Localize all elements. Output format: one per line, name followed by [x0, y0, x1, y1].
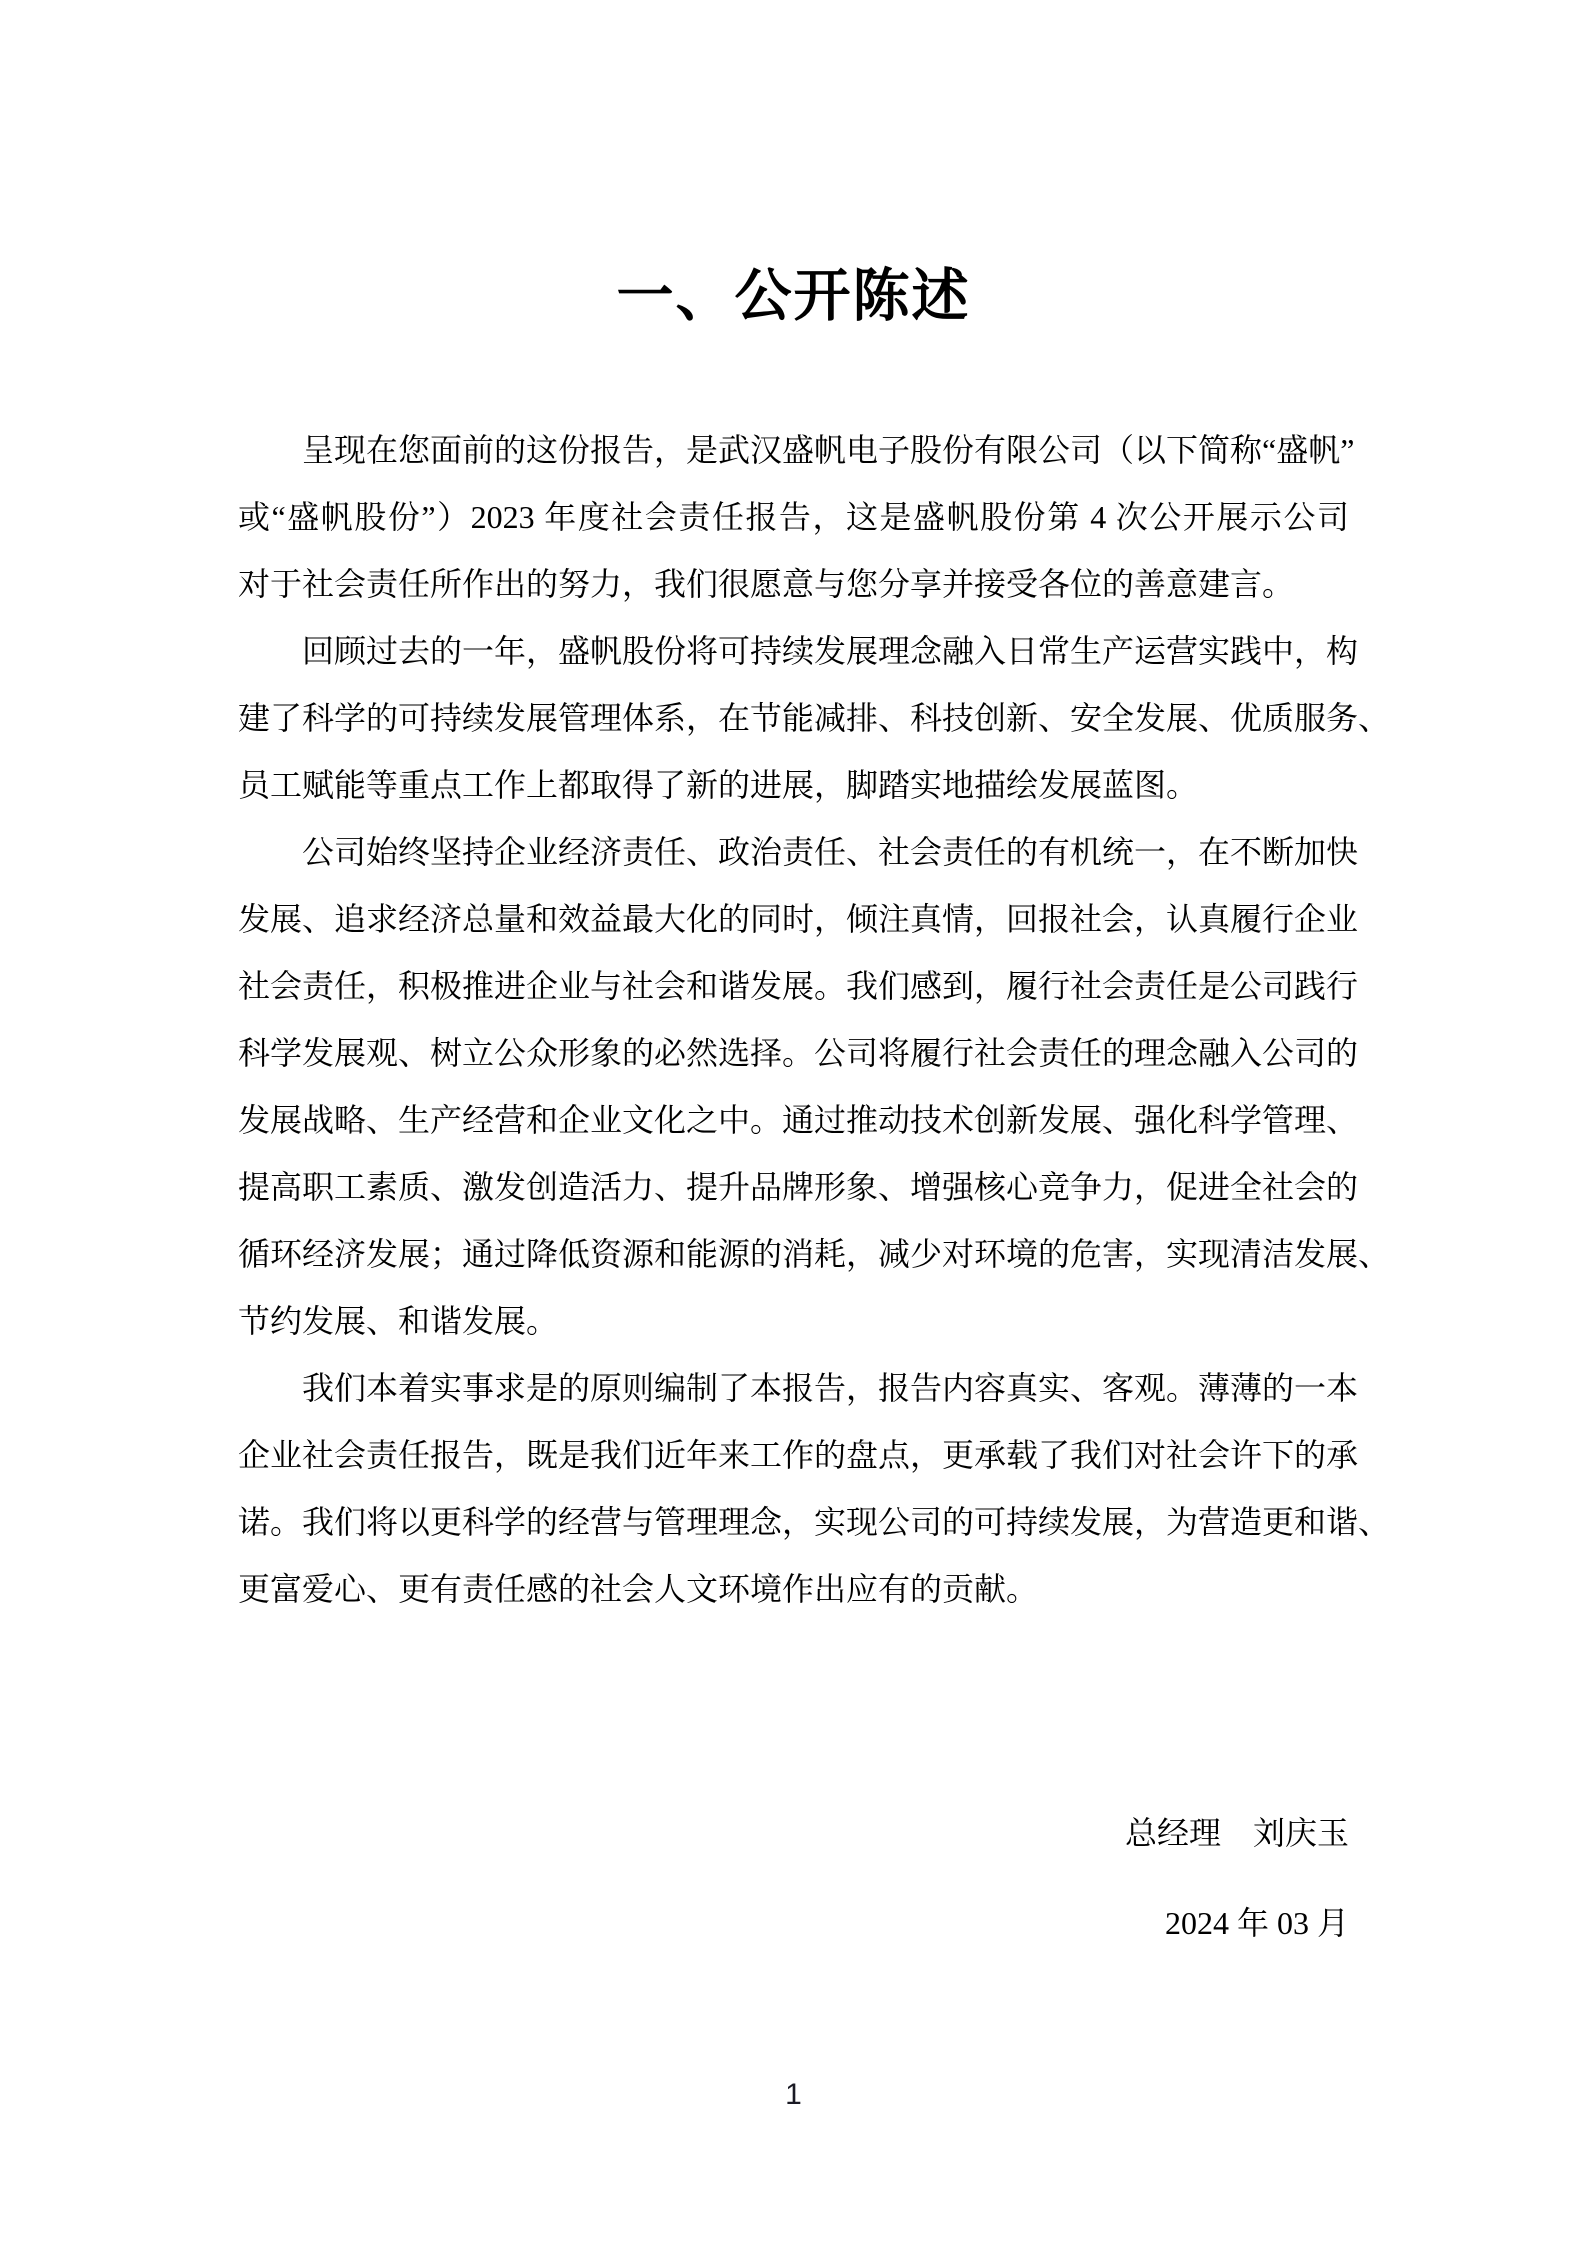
signature-role-name: 总经理 刘庆玉 — [238, 1800, 1349, 1867]
paragraph-line: 呈现在您面前的这份报告，是武汉盛帆电子股份有限公司（以下简称“盛帆” — [238, 417, 1349, 484]
paragraph-3: 公司始终坚持企业经济责任、政治责任、社会责任的有机统一，在不断加快 发展、追求经… — [238, 819, 1349, 1355]
paragraph-line: 发展战略、生产经营和企业文化之中。通过推动技术创新发展、强化科学管理、 — [238, 1087, 1349, 1154]
paragraph-line: 循环经济发展；通过降低资源和能源的消耗，减少对环境的危害，实现清洁发展、 — [238, 1221, 1349, 1288]
page-number: 1 — [0, 2078, 1587, 2112]
paragraph-line: 节约发展、和谐发展。 — [238, 1288, 1349, 1355]
page-title: 一、公开陈述 — [0, 0, 1587, 332]
paragraph-4: 我们本着实事求是的原则编制了本报告，报告内容真实、客观。薄薄的一本 企业社会责任… — [238, 1355, 1349, 1623]
paragraph-line: 社会责任，积极推进企业与社会和谐发展。我们感到，履行社会责任是公司践行 — [238, 953, 1349, 1020]
paragraph-line: 或“盛帆股份”）2023 年度社会责任报告，这是盛帆股份第 4 次公开展示公司 — [238, 484, 1349, 551]
paragraph-line: 发展、追求经济总量和效益最大化的同时，倾注真情，回报社会，认真履行企业 — [238, 886, 1349, 953]
paragraph-line: 提高职工素质、激发创造活力、提升品牌形象、增强核心竞争力，促进全社会的 — [238, 1154, 1349, 1221]
signature-block: 总经理 刘庆玉 2024 年 03 月 — [238, 1800, 1349, 1957]
paragraph-line: 我们本着实事求是的原则编制了本报告，报告内容真实、客观。薄薄的一本 — [238, 1355, 1349, 1422]
document-page: 一、公开陈述 呈现在您面前的这份报告，是武汉盛帆电子股份有限公司（以下简称“盛帆… — [0, 0, 1587, 2245]
paragraph-line: 企业社会责任报告，既是我们近年来工作的盘点，更承载了我们对社会许下的承 — [238, 1422, 1349, 1489]
paragraph-line: 回顾过去的一年，盛帆股份将可持续发展理念融入日常生产运营实践中，构 — [238, 618, 1349, 685]
paragraph-1: 呈现在您面前的这份报告，是武汉盛帆电子股份有限公司（以下简称“盛帆” 或“盛帆股… — [238, 417, 1349, 618]
paragraph-line: 更富爱心、更有责任感的社会人文环境作出应有的贡献。 — [238, 1556, 1349, 1623]
signature-date: 2024 年 03 月 — [238, 1890, 1349, 1957]
paragraph-line: 公司始终坚持企业经济责任、政治责任、社会责任的有机统一，在不断加快 — [238, 819, 1349, 886]
paragraph-line: 建了科学的可持续发展管理体系，在节能减排、科技创新、安全发展、优质服务、 — [238, 685, 1349, 752]
paragraph-line: 员工赋能等重点工作上都取得了新的进展，脚踏实地描绘发展蓝图。 — [238, 752, 1349, 819]
paragraph-line: 诺。我们将以更科学的经营与管理理念，实现公司的可持续发展，为营造更和谐、 — [238, 1489, 1349, 1556]
paragraph-2: 回顾过去的一年，盛帆股份将可持续发展理念融入日常生产运营实践中，构 建了科学的可… — [238, 618, 1349, 819]
paragraph-line: 对于社会责任所作出的努力，我们很愿意与您分享并接受各位的善意建言。 — [238, 551, 1349, 618]
body-text: 呈现在您面前的这份报告，是武汉盛帆电子股份有限公司（以下简称“盛帆” 或“盛帆股… — [238, 417, 1349, 1623]
paragraph-line: 科学发展观、树立公众形象的必然选择。公司将履行社会责任的理念融入公司的 — [238, 1020, 1349, 1087]
